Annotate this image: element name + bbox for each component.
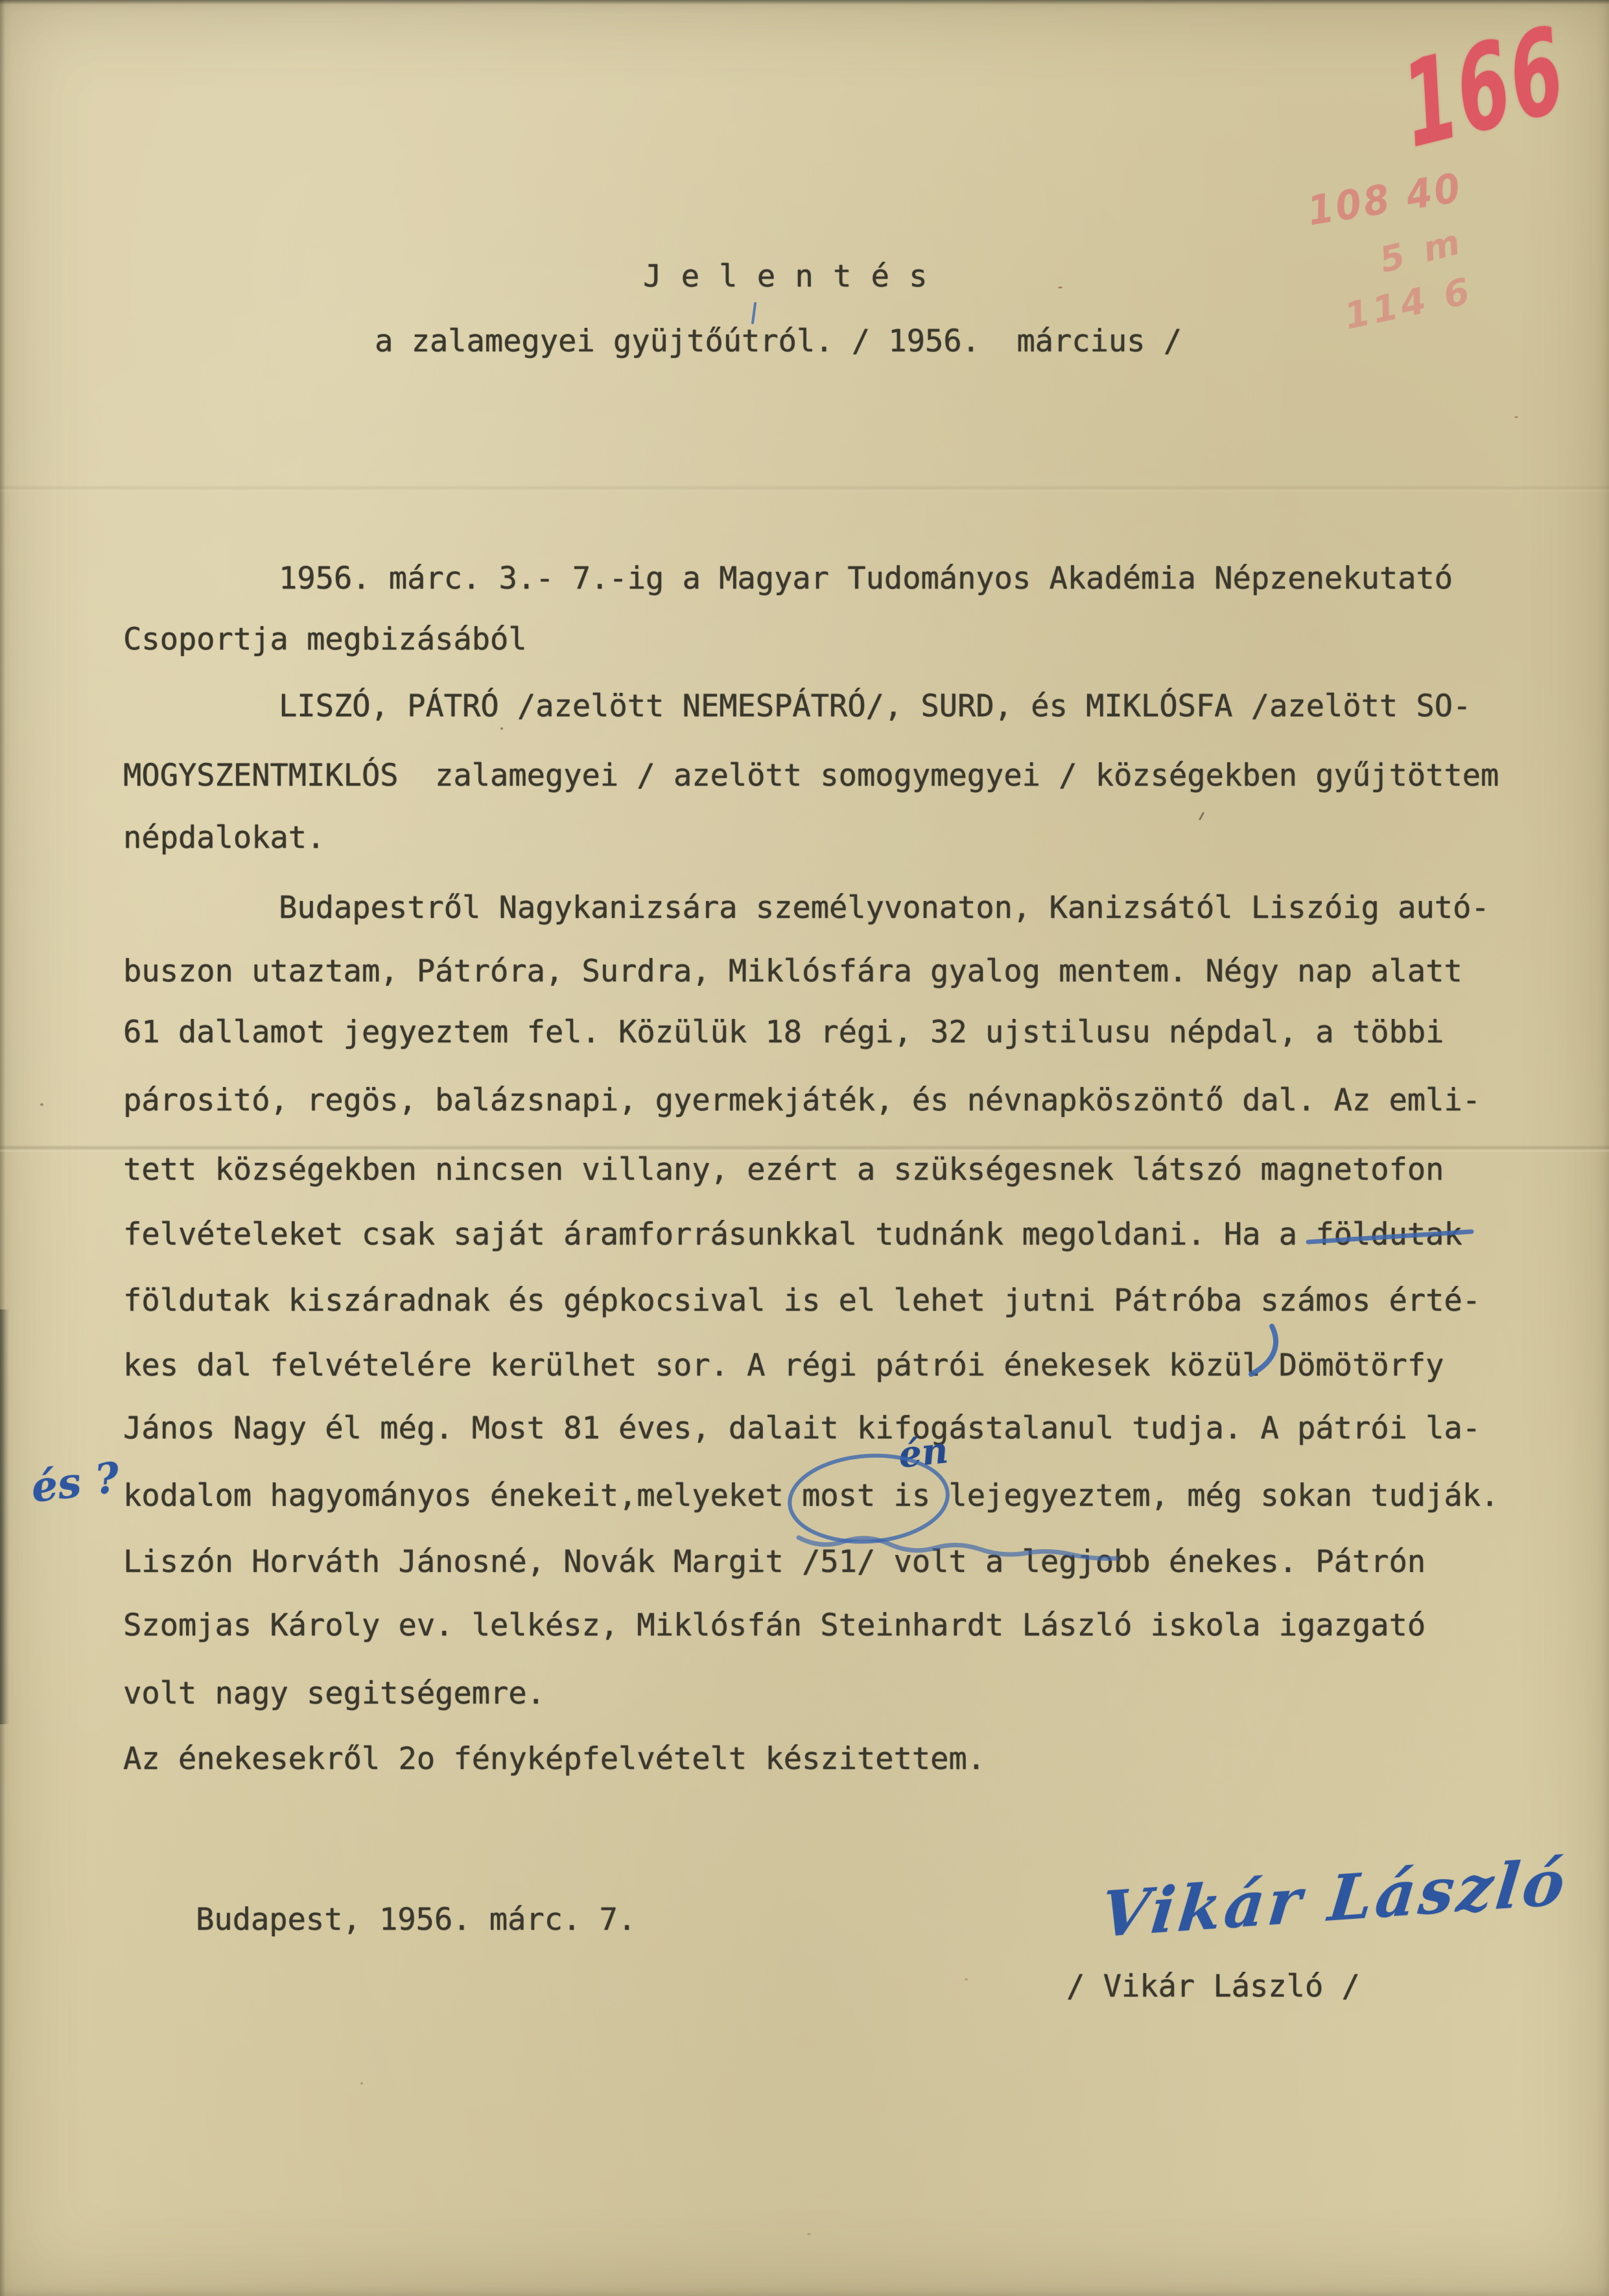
subtitle-tick-mark [753, 303, 755, 323]
wavy-underline-mark [799, 1538, 1116, 1558]
strikethrough-mark [1308, 1232, 1472, 1242]
insertion-comma-mark [1251, 1326, 1276, 1374]
circle-mark [787, 1451, 951, 1547]
ink-annotation-layer [0, 0, 1609, 2296]
document-scan-page: J e l e n t é s a zalamegyei gyüjtőútról… [0, 0, 1609, 2296]
